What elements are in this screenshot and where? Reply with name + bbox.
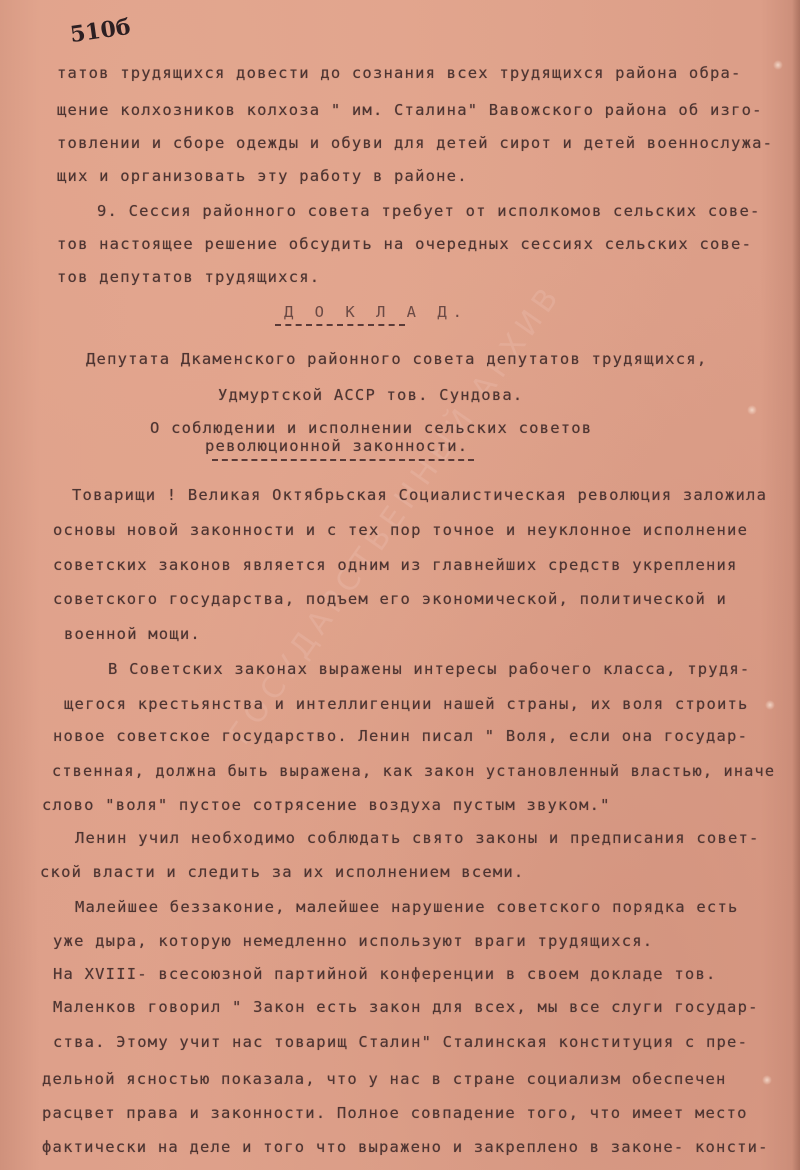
body-line: ственная, должна быть выражена, как зако… bbox=[52, 762, 775, 780]
body-line: советского государства, подъем его эконо… bbox=[53, 590, 727, 608]
text-line: тов депутатов трудящихся. bbox=[57, 268, 320, 286]
text-line: щение колхозников колхоза " им. Сталина"… bbox=[57, 101, 763, 119]
body-line: Малейшее беззаконие, малейшее нарушение … bbox=[75, 898, 739, 916]
body-line: дельной ясностью показала, что у нас в с… bbox=[42, 1070, 727, 1088]
paper-speck bbox=[773, 60, 783, 70]
report-title-line: О соблюдении и исполнении сельских совет… bbox=[150, 419, 592, 437]
paper-speck bbox=[747, 405, 757, 415]
scanned-document-page: ГОСУДАРСТВЕННЫЙ АРХИВ 510б татов трудящи… bbox=[0, 0, 800, 1170]
body-line: На XVIII- всесоюзной партийной конференц… bbox=[53, 965, 717, 983]
body-line: советских законов является одним из глав… bbox=[53, 556, 738, 574]
body-line: В Советских законах выражены интересы ра… bbox=[108, 660, 750, 678]
text-line: тов настоящее решение обсудить на очеред… bbox=[57, 235, 752, 253]
text-line: товлении и сборе одежды и обуви для дете… bbox=[57, 134, 773, 152]
report-title-line: революционной законности. bbox=[205, 437, 468, 455]
body-line: военной мощи. bbox=[64, 625, 201, 643]
body-line: Маленков говорил " Закон есть закон для … bbox=[53, 998, 759, 1016]
paper-speck bbox=[762, 1075, 772, 1085]
body-line: ской власти и следить за их исполнением … bbox=[40, 863, 524, 881]
title-underline bbox=[212, 459, 474, 461]
body-line: Товарищи ! Великая Октябрьская Социалист… bbox=[72, 486, 767, 504]
archive-handwritten-mark: 510б bbox=[68, 14, 132, 48]
report-heading: Д О К Л А Д. bbox=[284, 303, 468, 321]
body-line: Ленин учил необходимо соблюдать свято за… bbox=[75, 829, 760, 847]
body-line: уже дыра, которую немедленно используют … bbox=[53, 932, 653, 950]
body-line: слово "воля" пустое сотрясение воздуха п… bbox=[42, 796, 611, 814]
paper-speck bbox=[765, 700, 775, 710]
archive-watermark: ГОСУДАРСТВЕННЫЙ АРХИВ bbox=[222, 305, 800, 995]
body-line: фактически на деле и того что выражено и… bbox=[42, 1138, 769, 1156]
body-line: основы новой законности и с тех пор точн… bbox=[53, 521, 748, 539]
text-line: щих и организовать эту работу в районе. bbox=[57, 167, 468, 185]
heading-underline bbox=[275, 324, 405, 326]
text-line: 9. Сессия районного совета требует от ис… bbox=[97, 202, 761, 220]
body-line: ства. Этому учит нас товарищ Сталин" Ста… bbox=[53, 1033, 748, 1051]
body-line: щегося крестьянства и интеллигенции наше… bbox=[64, 695, 749, 713]
page-edge-shadow bbox=[792, 0, 800, 1170]
body-line: расцвет права и законности. Полное совпа… bbox=[42, 1104, 748, 1122]
body-line: новое советское государство. Ленин писал… bbox=[53, 727, 748, 745]
report-subtitle-line: Депутата Дкаменского районного совета де… bbox=[86, 350, 707, 368]
report-subtitle-line: Удмуртской АССР тов. Сундова. bbox=[218, 386, 523, 404]
text-line: татов трудящихся довести до сознания все… bbox=[57, 64, 742, 82]
